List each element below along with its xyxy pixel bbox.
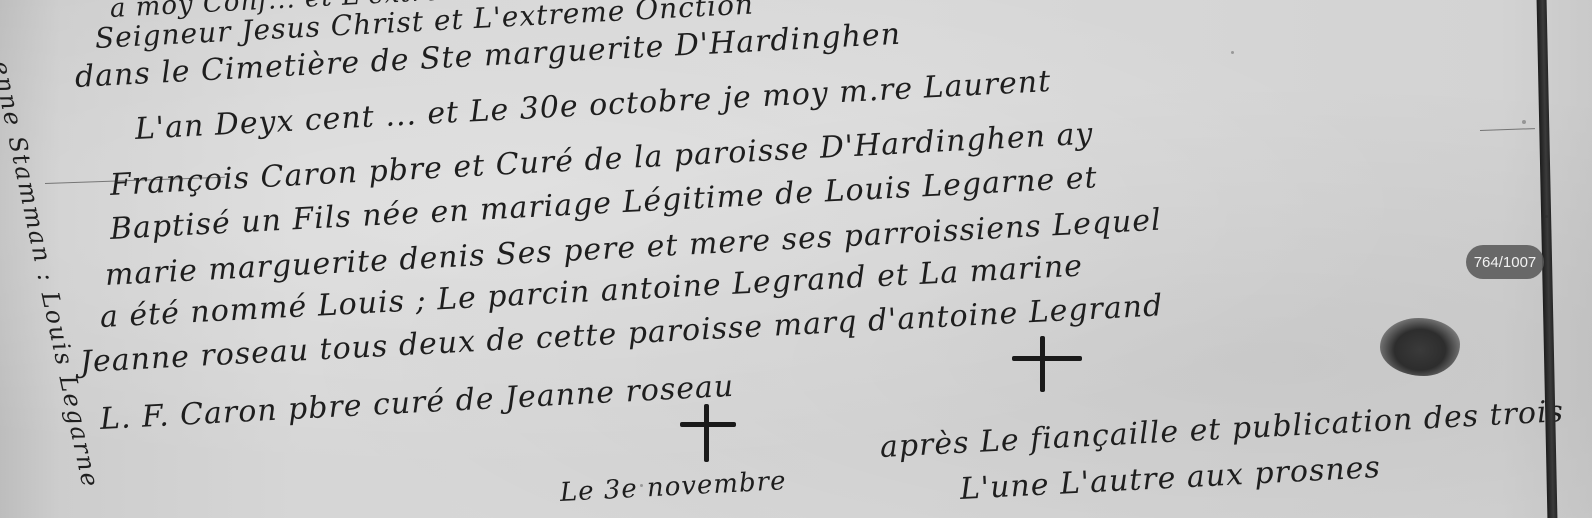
paper-speck — [640, 484, 643, 487]
page-counter-badge: 764/1007 — [1466, 245, 1544, 279]
cross-mark-icon — [1012, 336, 1082, 392]
ink-blot — [1380, 318, 1460, 376]
text-line-11: après Le fiançaille et publication des t… — [879, 394, 1565, 465]
text-line-12: Le 3e novembre — [559, 466, 787, 508]
cross-mark-icon — [680, 404, 736, 462]
paper-speck — [1231, 51, 1234, 54]
paper-speck — [1522, 120, 1526, 124]
paper-speck — [1545, 215, 1548, 218]
document-image-viewer[interactable]: ...enne Stamman : Louis Legarne a moy Co… — [0, 0, 1592, 518]
rule-line — [1480, 128, 1535, 131]
text-line-13: L'une L'autre aux prosnes — [959, 450, 1382, 507]
margin-note: ...enne Stamman : Louis Legarne — [0, 30, 105, 491]
text-line-10: L. F. Caron pbre curé de Jeanne roseau — [99, 369, 735, 437]
